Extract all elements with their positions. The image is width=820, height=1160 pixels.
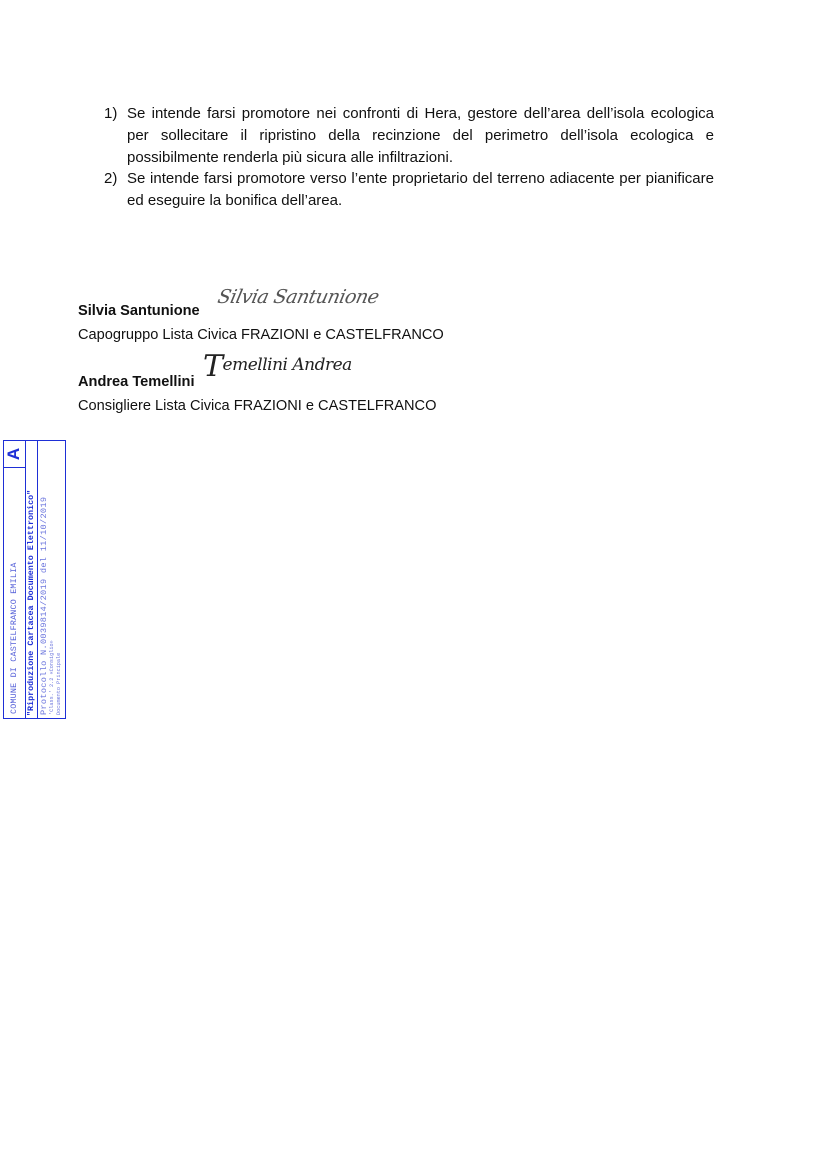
request-number: 2): [104, 168, 127, 190]
stamp-frame: COMUNE DI CASTELFRANCO EMILIA A "Riprodu…: [3, 440, 66, 719]
request-number: 1): [104, 103, 127, 125]
stamp-details: Protocollo N.0039814/2019 del 11/10/2019…: [38, 441, 65, 718]
request-item-1: 1) Se intende farsi promotore nei confro…: [104, 103, 714, 168]
handwritten-signature-2: Temellini Andrea: [203, 352, 352, 382]
request-list: 1) Se intende farsi promotore nei confro…: [104, 103, 714, 212]
document-page: 1) Se intende farsi promotore nei confro…: [0, 0, 820, 1160]
stamp-comune: COMUNE DI CASTELFRANCO EMILIA: [4, 468, 25, 718]
request-text: Se intende farsi promotore nei confronti…: [127, 103, 714, 168]
stamp-header-row: COMUNE DI CASTELFRANCO EMILIA A: [4, 441, 26, 718]
signatory-role-2: Consigliere Lista Civica FRAZIONI e CAST…: [78, 398, 436, 414]
stamp-protocollo: Protocollo N.0039814/2019 del 11/10/2019: [39, 441, 49, 715]
stamp-documento: Documento Principale: [56, 441, 63, 715]
signature-initial: T: [203, 349, 223, 384]
stamp-letter-box: A: [4, 441, 25, 468]
stamp-title: "Riproduzione Cartacea Documento Elettro…: [26, 441, 38, 718]
protocol-stamp: COMUNE DI CASTELFRANCO EMILIA A "Riprodu…: [3, 440, 66, 719]
signatory-name-1: Silvia Santunione: [78, 303, 200, 319]
request-item-2: 2) Se intende farsi promotore verso l’en…: [104, 168, 714, 212]
signatory-name-2: Andrea Temellini: [78, 374, 195, 390]
stamp-classe: 'Class.' 2.2 «Consiglio»: [49, 441, 56, 715]
request-text: Se intende farsi promotore verso l’ente …: [127, 168, 714, 212]
signature-text: emellini Andrea: [223, 355, 352, 375]
signatory-role-1: Capogruppo Lista Civica FRAZIONI e CASTE…: [78, 327, 444, 343]
handwritten-signature-1: Silvia Santunione: [216, 286, 381, 308]
